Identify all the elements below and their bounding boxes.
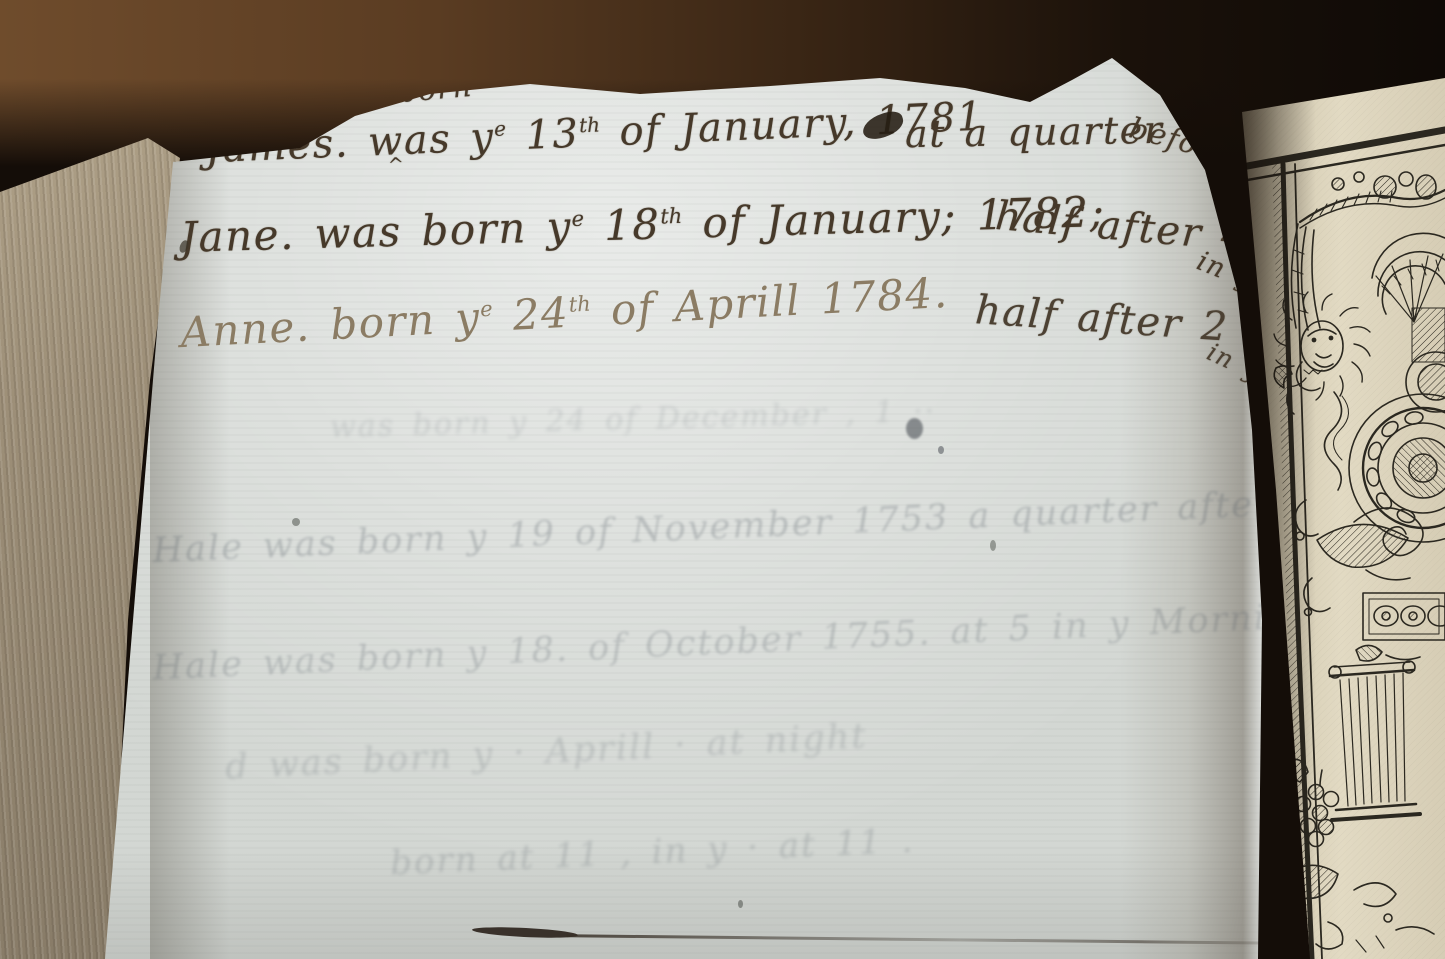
ghost-line: d was born y · Aprill · at night xyxy=(224,716,868,787)
record-jane: Jane. was born ye 18th of January; 1782; xyxy=(179,187,1105,262)
ink-speck xyxy=(938,446,944,454)
ink-speck xyxy=(738,900,743,908)
record-anne: Anne. born ye 24th of Aprill 1784. xyxy=(179,268,949,357)
record-james-time: at a quarter xyxy=(905,108,1164,157)
ink-speck xyxy=(292,518,300,526)
ink-speck xyxy=(990,540,996,551)
photo-stage: was born y 24 of December , 1 ·· Hale wa… xyxy=(0,0,1445,959)
ink-speck xyxy=(906,418,923,439)
ghost-line: was born y 24 of December , 1 ·· xyxy=(330,394,937,445)
ink-rule-stroke xyxy=(472,926,578,940)
ghost-line: born at 11 , in y · at 11 . xyxy=(389,821,915,884)
